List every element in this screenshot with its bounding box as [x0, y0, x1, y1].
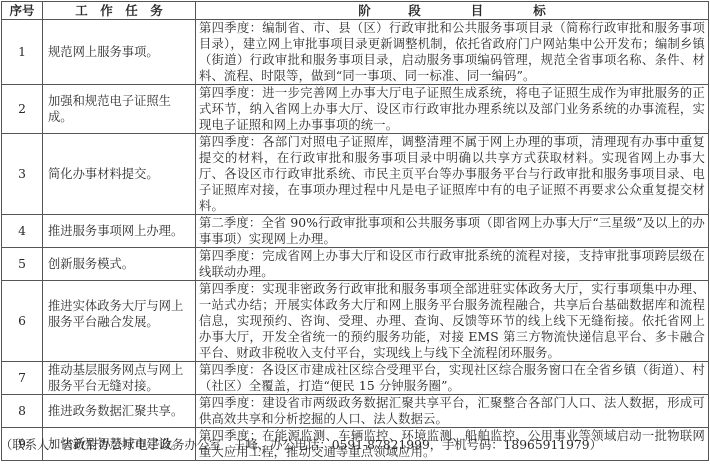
contact-details: 王峰，办公电话：0591-87821999，手机号码：18965911979）	[233, 438, 602, 452]
row-task: 推动基层服务网点与网上服务平台无缝对接。	[43, 362, 196, 395]
table-row: 4 推进服务事项网上办理。 第二季度：全省 90%行政审批事项和公共服务事项（即…	[2, 215, 709, 248]
row-goal: 第二季度：全省 90%行政审批事项和公共服务事项（即省网上办事大厅“三星级”及以…	[196, 215, 709, 248]
row-goal: 第四季度：进一步完善网上办事大厅电子证照生成系统，将电子证照生成作为审批服务的正…	[196, 85, 709, 134]
row-task: 推进服务事项网上办理。	[43, 215, 196, 248]
row-goal: 第四季度：各设区市建成社区综合受理平台，实现社区综合服务窗口在全省乡镇（街道）、…	[196, 362, 709, 395]
header-task: 工 作 任 务	[43, 2, 196, 20]
row-num: 7	[2, 362, 43, 395]
row-num: 5	[2, 248, 43, 281]
row-num: 8	[2, 395, 43, 428]
table-row: 3 简化办事材料提交。 第四季度：各部门对照电子证照库，调整清理不属于网上办理的…	[2, 134, 709, 215]
row-goal: 第四季度：完成省网上办事大厅和设区市行政审批系统的流程对接，支持审批事项跨层级在…	[196, 248, 709, 281]
row-task: 加强和规范电子证照生成。	[43, 85, 196, 134]
row-num: 2	[2, 85, 43, 134]
row-num: 6	[2, 281, 43, 362]
row-task: 创新服务模式。	[43, 248, 196, 281]
table-row: 5 创新服务模式。 第四季度：完成省网上办事大厅和设区市行政审批系统的流程对接，…	[2, 248, 709, 281]
table-row: 8 推进政务数据汇聚共享。 第四季度：建设省市两级政务数据汇聚共享平台，汇聚整合…	[2, 395, 709, 428]
row-goal: 第四季度：各部门对照电子证照库，调整清理不属于网上办理的事项，清理现有办事中重复…	[196, 134, 709, 215]
contact-prefix: （联系人：省政府办公厅电子政务办公室	[0, 438, 221, 452]
header-num: 序号	[2, 2, 43, 20]
row-goal: 第四季度：实现非密政务行政审批和服务事项全部进驻实体政务大厅，实行事项集中办理、…	[196, 281, 709, 362]
row-num: 4	[2, 215, 43, 248]
table-header-row: 序号 工 作 任 务 阶 段 目 标	[2, 2, 709, 20]
row-task: 推进实体政务大厅与网上服务平台融合发展。	[43, 281, 196, 362]
row-task: 简化办事材料提交。	[43, 134, 196, 215]
table-row: 6 推进实体政务大厅与网上服务平台融合发展。 第四季度：实现非密政务行政审批和服…	[2, 281, 709, 362]
row-task: 推进政务数据汇聚共享。	[43, 395, 196, 428]
row-goal: 第四季度：编制省、市、县（区）行政审批和公共服务事项目录（简称行政审批和服务事项…	[196, 20, 709, 85]
table-row: 7 推动基层服务网点与网上服务平台无缝对接。 第四季度：各设区市建成社区综合受理…	[2, 362, 709, 395]
row-goal: 第四季度：建设省市两级政务数据汇聚共享平台，汇聚整合各部门人口、法人数据，形成可…	[196, 395, 709, 428]
row-num: 1	[2, 20, 43, 85]
row-task: 规范网上服务事项。	[43, 20, 196, 85]
work-task-table: 序号 工 作 任 务 阶 段 目 标 1 规范网上服务事项。 第四季度：编制省、…	[1, 1, 709, 461]
header-goal: 阶 段 目 标	[196, 2, 709, 20]
contact-footer: （联系人：省政府办公厅电子政务办公室王峰，办公电话：0591-87821999，…	[0, 437, 602, 453]
table-row: 1 规范网上服务事项。 第四季度：编制省、市、县（区）行政审批和公共服务事项目录…	[2, 20, 709, 85]
table-row: 2 加强和规范电子证照生成。 第四季度：进一步完善网上办事大厅电子证照生成系统，…	[2, 85, 709, 134]
row-num: 3	[2, 134, 43, 215]
